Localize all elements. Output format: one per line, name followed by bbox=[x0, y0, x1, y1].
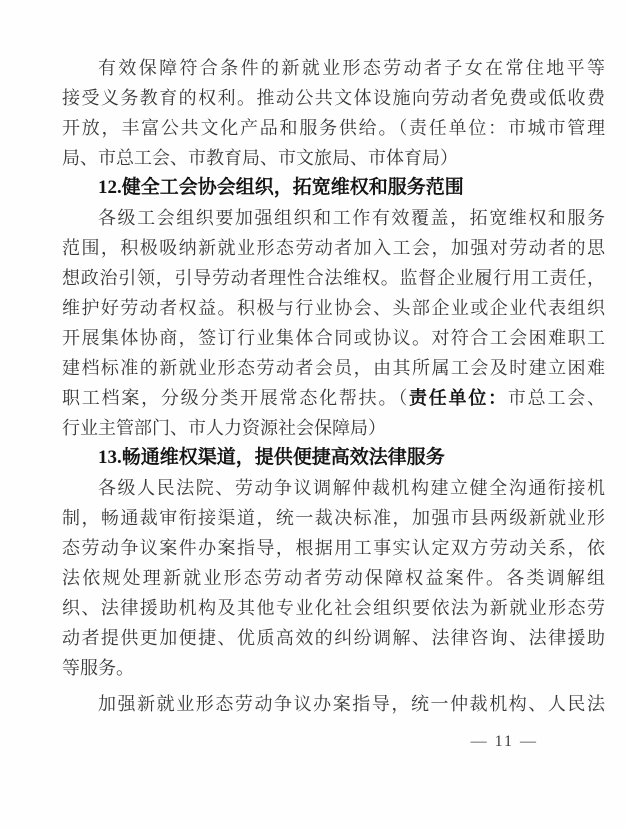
text-line: 各级人民法院、劳动争议调解仲裁机构建立健全沟通衔接机 bbox=[62, 473, 605, 503]
document-page: 有效保障符合条件的新就业形态劳动者子女在常住地平等 接受义务教育的权利。推动公共… bbox=[0, 0, 625, 830]
text-line: 织、法律援助机构及其他专业化社会组织要依法为新就业形态劳 bbox=[62, 593, 605, 623]
responsibility-label: 责任单位： bbox=[409, 388, 508, 408]
text-segment: 市总工会、 bbox=[508, 388, 605, 408]
text-line: 加强新就业形态劳动争议办案指导，统一仲裁机构、人民法 bbox=[62, 689, 605, 719]
text-line: 行业主管部门、市人力资源社会保障局） bbox=[62, 413, 605, 443]
text-line: 态劳动争议案件办案指导，根据用工事实认定双方劳动关系，依 bbox=[62, 533, 605, 563]
text-segment: 职工档案，分级分类开展常态化帮扶。（ bbox=[62, 388, 409, 408]
text-line: 维护好劳动者权益。积极与行业协会、头部企业或企业代表组织 bbox=[62, 293, 605, 323]
text-line: 范围，积极吸纳新就业形态劳动者加入工会，加强对劳动者的思 bbox=[62, 233, 605, 263]
section-12-heading: 12.健全工会协会组织，拓宽维权和服务范围 bbox=[62, 173, 605, 203]
paragraph-legal-services: 各级人民法院、劳动争议调解仲裁机构建立健全沟通衔接机 制，畅通裁审衔接渠道，统一… bbox=[62, 473, 605, 683]
text-line: 开放，丰富公共文化产品和服务供给。（责任单位：市城市管理 bbox=[62, 113, 605, 143]
text-line-with-responsibility-label: 职工档案，分级分类开展常态化帮扶。（责任单位：市总工会、 bbox=[62, 383, 605, 413]
text-line: 各级工会组织要加强组织和工作有效覆盖，拓宽维权和服务 bbox=[62, 203, 605, 233]
paragraph-union-organization: 各级工会组织要加强组织和工作有效覆盖，拓宽维权和服务 范围，积极吸纳新就业形态劳… bbox=[62, 203, 605, 443]
text-line: 动者提供更加便捷、优质高效的纠纷调解、法律咨询、法律援助 bbox=[62, 623, 605, 653]
page-number: — 11 — bbox=[471, 732, 538, 752]
text-line: 开展集体协商，签订行业集体合同或协议。对符合工会困难职工 bbox=[62, 323, 605, 353]
document-text-block: 有效保障符合条件的新就业形态劳动者子女在常住地平等 接受义务教育的权利。推动公共… bbox=[62, 53, 605, 719]
text-line: 局、市总工会、市教育局、市文旅局、市体育局） bbox=[62, 143, 605, 173]
paragraph-education-culture: 有效保障符合条件的新就业形态劳动者子女在常住地平等 接受义务教育的权利。推动公共… bbox=[62, 53, 605, 173]
text-line: 等服务。 bbox=[62, 653, 605, 683]
text-line: 接受义务教育的权利。推动公共文体设施向劳动者免费或低收费 bbox=[62, 83, 605, 113]
text-line: 法依规处理新就业形态劳动者劳动保障权益案件。各类调解组 bbox=[62, 563, 605, 593]
text-line: 想政治引领，引导劳动者理性合法维权。监督企业履行用工责任， bbox=[62, 263, 605, 293]
section-13-heading: 13.畅通维权渠道，提供便捷高效法律服务 bbox=[62, 443, 605, 473]
text-line: 建档标准的新就业形态劳动者会员，由其所属工会及时建立困难 bbox=[62, 353, 605, 383]
text-line: 有效保障符合条件的新就业形态劳动者子女在常住地平等 bbox=[62, 53, 605, 83]
paragraph-arbitration-guidance: 加强新就业形态劳动争议办案指导，统一仲裁机构、人民法 bbox=[62, 689, 605, 719]
text-line: 制，畅通裁审衔接渠道，统一裁决标准，加强市县两级新就业形 bbox=[62, 503, 605, 533]
